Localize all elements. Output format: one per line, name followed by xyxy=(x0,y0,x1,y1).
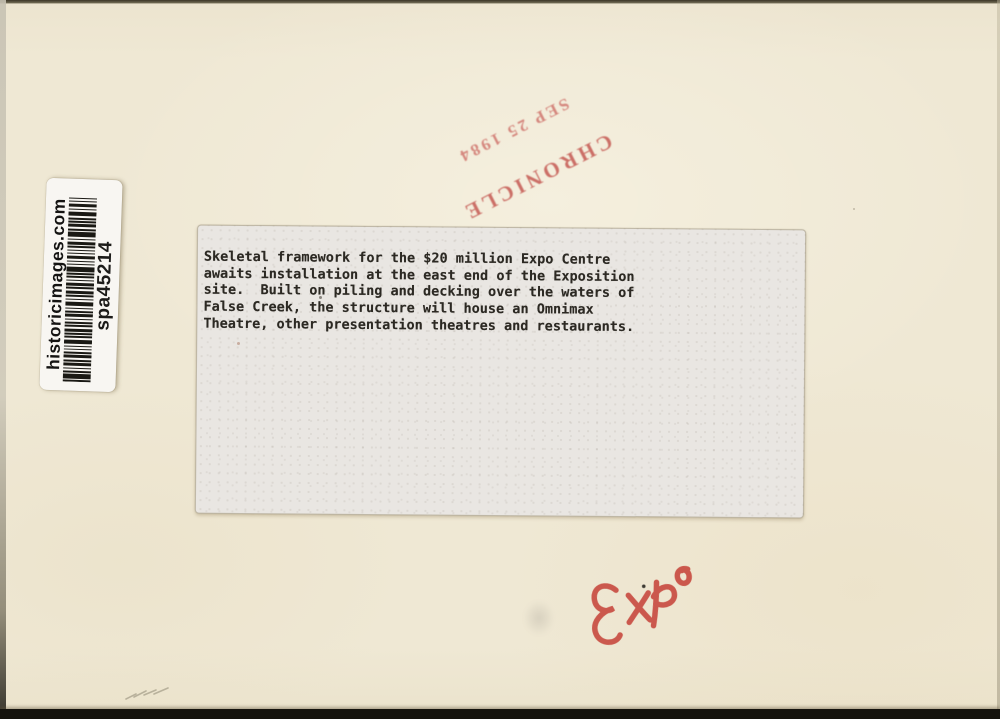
barcode-bar xyxy=(68,238,96,240)
barcode-bar xyxy=(66,287,94,289)
barcode-bar xyxy=(63,374,91,379)
barcode-bar xyxy=(65,301,93,306)
barcode-bar xyxy=(64,328,92,332)
barcode-bar xyxy=(67,255,95,259)
barcode-bar xyxy=(69,197,97,199)
pencil-smudge xyxy=(518,594,560,642)
barcode-bar xyxy=(63,380,91,382)
barcode-bar xyxy=(64,348,92,350)
barcode-bar xyxy=(64,336,92,338)
barcode-bar xyxy=(66,279,94,281)
barcode-bar xyxy=(66,267,94,272)
barcode-bar xyxy=(68,232,96,237)
barcode-bar xyxy=(65,298,93,300)
photo-back: CHRONICLE SEP 25 1984 historicimages.com… xyxy=(0,0,1000,719)
sticker-code-text: spa45214 xyxy=(92,241,116,331)
barcode-bar xyxy=(65,311,93,313)
barcode-bar xyxy=(68,221,96,223)
barcode-bar xyxy=(69,200,97,202)
barcode-bar xyxy=(69,208,97,210)
handwritten-expo-text xyxy=(575,551,721,657)
caption-line: Theatre, other presentation theatres and… xyxy=(203,315,796,336)
photo-edge-top xyxy=(0,0,1000,4)
ink-dot xyxy=(642,584,646,588)
barcode-sticker: historicimages.com spa45214 xyxy=(39,178,122,393)
barcode-bar xyxy=(64,333,92,335)
barcode-bar xyxy=(63,355,91,359)
barcode-bar xyxy=(64,339,92,344)
expo-letter-e xyxy=(592,585,621,643)
barcode-bar xyxy=(65,318,93,320)
barcode-bar xyxy=(66,276,94,278)
barcode-bar xyxy=(67,263,95,265)
barcode-bar xyxy=(64,352,92,354)
barcode-bar xyxy=(65,314,93,318)
barcode-bar xyxy=(67,249,95,251)
dust-speck xyxy=(853,208,855,210)
barcode-bar xyxy=(65,322,93,324)
barcode-bar xyxy=(66,290,94,294)
photo-edge-bottom xyxy=(0,709,1000,719)
barcode-bar xyxy=(63,359,91,361)
barcode-bar xyxy=(68,229,96,231)
barcode-bar xyxy=(63,367,91,369)
expo-letter-o xyxy=(677,568,690,583)
dust-speck xyxy=(237,342,240,345)
photo-edge-left xyxy=(0,0,6,719)
barcode-bar xyxy=(63,371,91,373)
barcode-bar xyxy=(67,252,95,254)
barcode-bar xyxy=(64,345,92,347)
pencil-scribble xyxy=(124,685,174,703)
chronicle-date-stamp: CHRONICLE SEP 25 1984 xyxy=(409,61,643,249)
barcode-bar xyxy=(66,282,94,286)
barcode-bar xyxy=(69,204,97,208)
caption-label: Skeletal framework for the $20 million E… xyxy=(195,225,806,519)
barcode-bar xyxy=(67,260,95,262)
stamp-organization-text: CHRONICLE xyxy=(458,129,617,226)
barcode-bar xyxy=(67,246,95,248)
barcode-bar xyxy=(63,363,91,367)
expo-letter-p xyxy=(653,586,675,605)
barcode-bar xyxy=(68,218,96,220)
barcode-bar xyxy=(65,307,93,309)
barcode-bar xyxy=(66,273,94,275)
dust-speck xyxy=(319,296,322,299)
barcode xyxy=(63,188,98,383)
barcode-bar xyxy=(67,241,95,245)
barcode-bar xyxy=(68,224,96,228)
stamp-date-text: SEP 25 1984 xyxy=(454,94,572,168)
barcode-bar xyxy=(68,211,96,216)
barcode-bar xyxy=(66,295,94,297)
barcode-bar xyxy=(65,325,93,327)
